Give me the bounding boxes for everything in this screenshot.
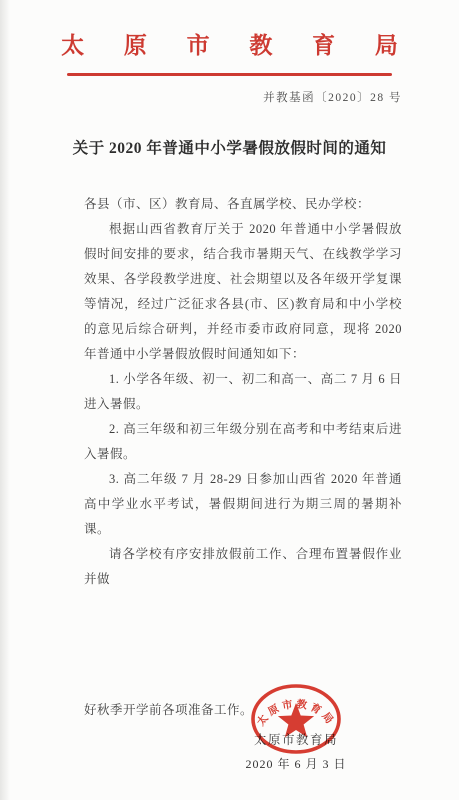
body-paragraph: 1. 小学各年级、初一、初二和高一、高二 7 月 6 日进入暑假。 — [84, 367, 402, 417]
official-red-seal: 太原市教育局 — [248, 678, 344, 764]
salutation-line: 各县（市、区）教育局、各直属学校、民办学校： — [84, 192, 402, 217]
body-paragraph: 3. 高二年级 7 月 28-29 日参加山西省 2020 年普通高中学业水平考… — [84, 467, 402, 542]
document-title: 关于 2020 年普通中小学暑假放假时间的通知 — [0, 136, 459, 158]
document-number: 并教基函〔2020〕28 号 — [0, 89, 402, 105]
body-paragraph: 请各学校有序安排放假前工作、合理布置暑假作业并做 — [84, 542, 402, 592]
scan-edge-shadow — [0, 0, 10, 800]
official-document-page: 太 原 市 教 育 局 并教基函〔2020〕28 号 关于 2020 年普通中小… — [0, 0, 459, 800]
agency-letterhead: 太 原 市 教 育 局 — [0, 27, 459, 60]
body-paragraph: 根据山西省教育厅关于 2020 年普通中小学暑假放假时间安排的要求，结合我市暑期… — [84, 217, 402, 367]
letterhead-divider-rule — [67, 73, 392, 76]
body-continuation-line: 好秋季开学前各项准备工作。 — [84, 698, 402, 723]
body-paragraph: 2. 高三年级和初三年级分别在高考和中考结束后进入暑假。 — [84, 417, 402, 467]
document-body: 各县（市、区）教育局、各直属学校、民办学校： 根据山西省教育厅关于 2020 年… — [84, 192, 402, 592]
